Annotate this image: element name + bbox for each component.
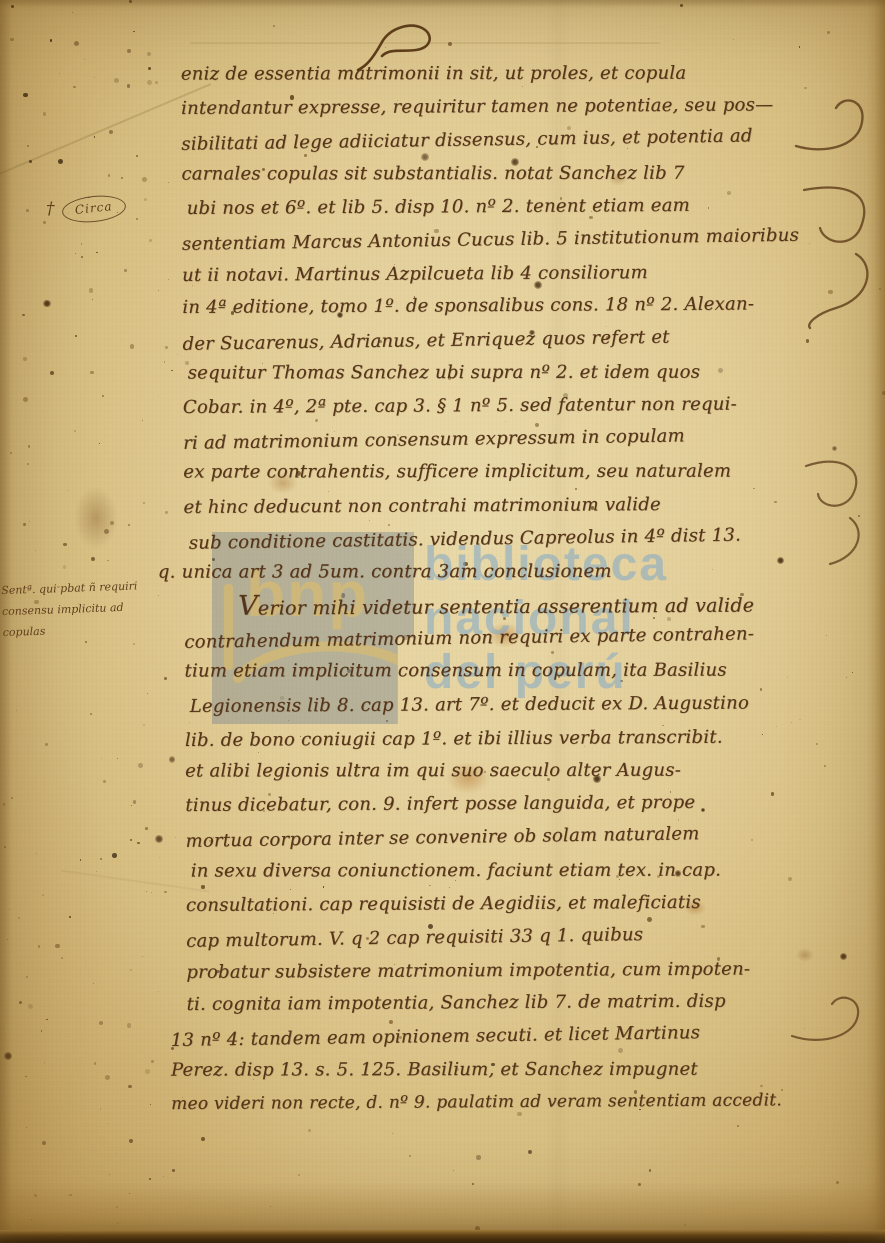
scan-vignette <box>0 0 885 1243</box>
manuscript-scan: † Circa Sentª. qui pbat ñ requiri consen… <box>0 0 885 1243</box>
